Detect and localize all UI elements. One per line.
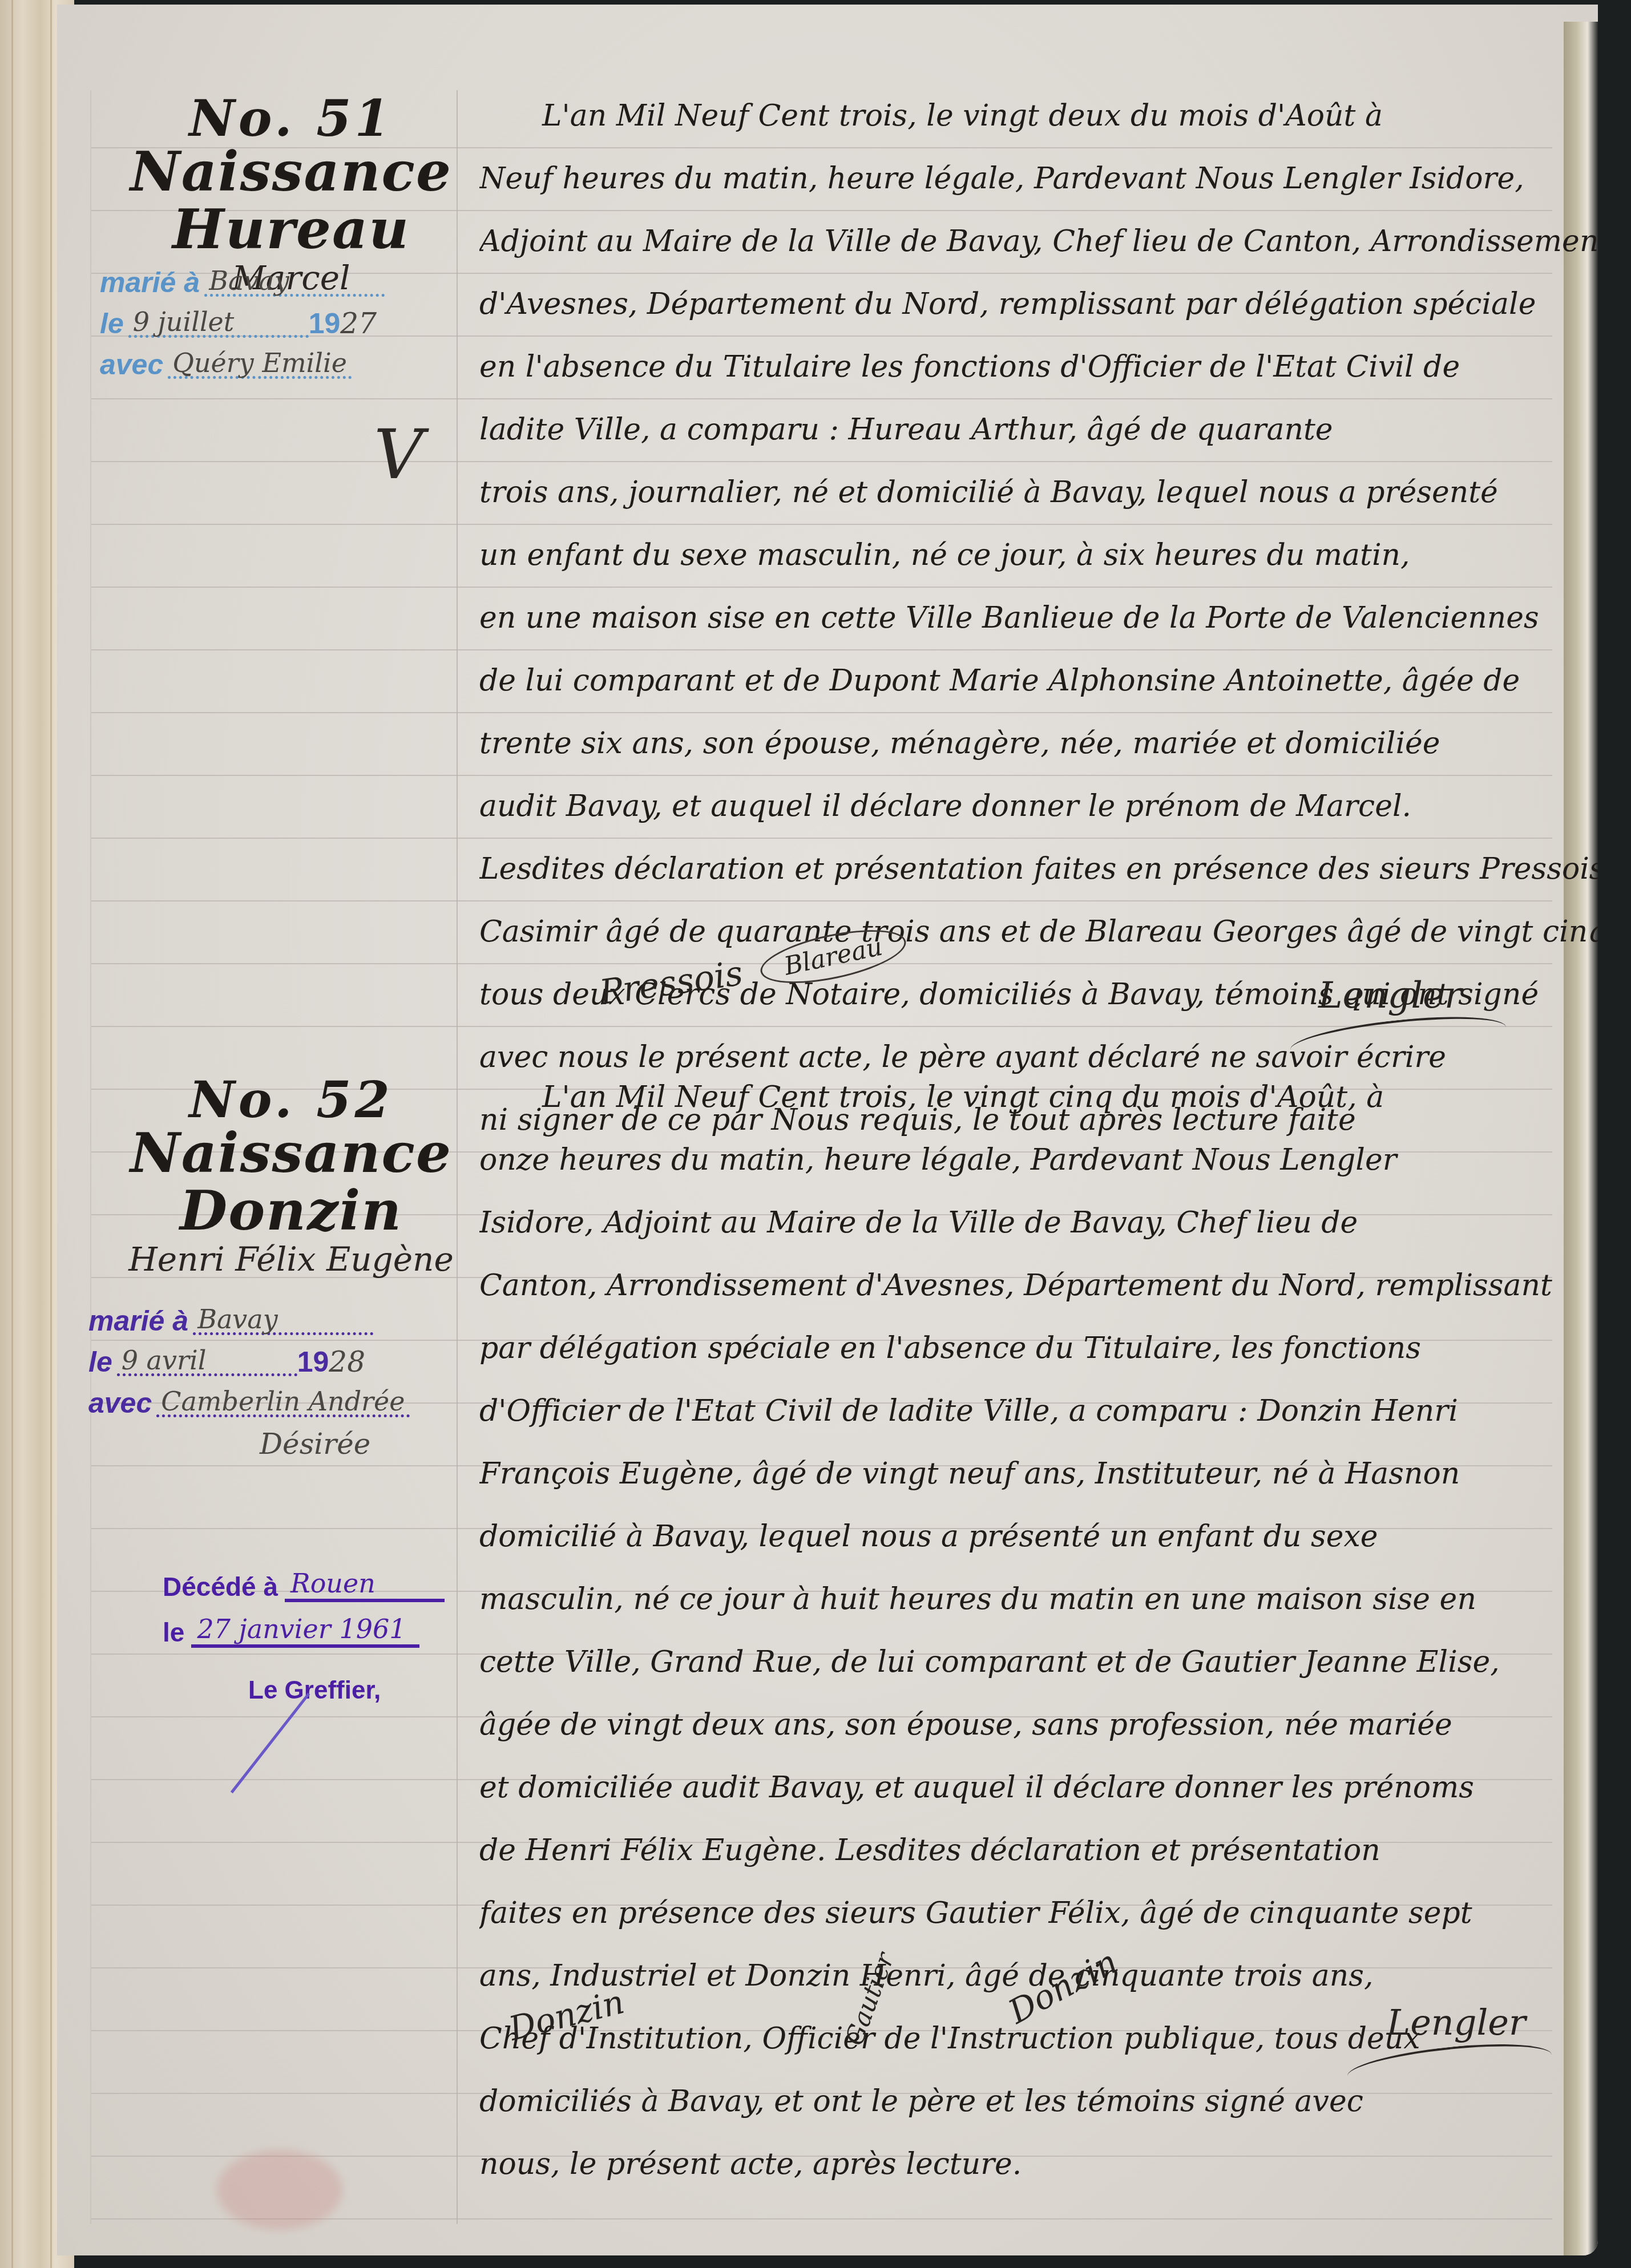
act-text-line: domicilié à Bavay, lequel nous a présent… xyxy=(479,1505,1598,1568)
act-text-line: Neuf heures du matin, heure légale, Pard… xyxy=(479,147,1598,210)
stamp-year-handwritten: 28 xyxy=(329,1348,365,1376)
act-text-line: Casimir âgé de quarante trois ans et de … xyxy=(479,900,1598,963)
entry-number: No. 51 xyxy=(120,93,462,143)
act-text-line: L'an Mil Neuf Cent trois, le vingt cinq … xyxy=(479,1066,1598,1129)
marriage-stamp-entry-52: marié àBavay le9 avril1928 avecCamberlin… xyxy=(88,1294,410,1458)
stamp-value-spouse-continued: Désirée xyxy=(260,1430,370,1458)
stamp-label-date: le xyxy=(88,1348,112,1376)
stamp-year-printed: 19 xyxy=(309,309,341,338)
act-text-line: faites en présence des sieurs Gautier Fé… xyxy=(479,1882,1598,1944)
marriage-stamp-entry-51: marié àBavay le9 juillet1927 avecQuéry E… xyxy=(100,256,385,379)
clerk-signature-stroke xyxy=(231,1693,314,1797)
stamp-label-date: le xyxy=(100,309,124,338)
signature-officer: Lengler xyxy=(1318,975,1462,1017)
act-text-line: âgée de vingt deux ans, son épouse, sans… xyxy=(479,1693,1598,1756)
stamp-label-spouse: avec xyxy=(100,350,163,379)
death-value-place: Rouen xyxy=(285,1568,445,1602)
stamp-year-printed: 19 xyxy=(297,1348,329,1376)
entry-type: Naissance xyxy=(120,1125,462,1182)
register-page: No. 51 Naissance Hureau Marcel marié àBa… xyxy=(57,5,1598,2255)
entry-surname: Hureau xyxy=(120,201,462,258)
act-text-line: un enfant du sexe masculin, né ce jour, … xyxy=(479,524,1598,587)
death-label-place: Décédé à xyxy=(163,1571,278,1602)
entry-number: No. 52 xyxy=(120,1074,462,1125)
act-text-line: d'Officier de l'Etat Civil de ladite Vil… xyxy=(479,1380,1598,1442)
act-text-line: Isidore, Adjoint au Maire de la Ville de… xyxy=(479,1191,1598,1254)
death-clerk-label: Le Greffier, xyxy=(248,1659,445,1705)
act-text-line: ladite Ville, a comparu : Hureau Arthur,… xyxy=(479,398,1598,461)
stamp-value-place: Bavay xyxy=(204,268,385,297)
act-text-line: trente six ans, son épouse, ménagère, né… xyxy=(479,712,1598,775)
act-text-line: en l'absence du Titulaire les fonctions … xyxy=(479,335,1598,398)
death-label-date: le xyxy=(163,1617,184,1648)
act-text-line: onze heures du matin, heure légale, Pard… xyxy=(479,1129,1598,1191)
stamp-value-spouse: Camberlin Andrée xyxy=(156,1388,409,1417)
signature-officer: Lengler xyxy=(1387,2002,1526,2043)
act-text-line: nous, le présent acte, après lecture. xyxy=(479,2133,1598,2196)
act-text-line: Adjoint au Maire de la Ville de Bavay, C… xyxy=(479,210,1598,273)
act-text-line: Lesdites déclaration et présentation fai… xyxy=(479,838,1598,900)
act-text-line: L'an Mil Neuf Cent trois, le vingt deux … xyxy=(479,84,1598,147)
act-text-line: d'Avesnes, Département du Nord, rempliss… xyxy=(479,273,1598,335)
entry-type: Naissance xyxy=(120,143,462,201)
stamp-label-married-at: marié à xyxy=(100,268,200,297)
stamp-value-place: Bavay xyxy=(193,1306,373,1335)
act-text-line: de Henri Félix Eugène. Lesdites déclarat… xyxy=(479,1819,1598,1882)
act-text-line: par délégation spéciale en l'absence du … xyxy=(479,1317,1598,1380)
act-text-line: masculin, né ce jour à huit heures du ma… xyxy=(479,1568,1598,1631)
act-text-line: audit Bavay, et auquel il déclare donner… xyxy=(479,775,1598,838)
act-text-line: en une maison sise en cette Ville Banlie… xyxy=(479,587,1598,649)
death-stamp-entry-52: Décédé àRouen le27 janvier 1961 Le Greff… xyxy=(163,1557,445,1705)
ink-stain xyxy=(217,2150,342,2230)
entry-surname: Donzin xyxy=(120,1182,462,1240)
stamp-year-handwritten: 27 xyxy=(340,309,377,338)
stamp-value-spouse: Quéry Emilie xyxy=(168,350,352,379)
left-margin-rule xyxy=(90,90,91,2224)
act-text-line: Canton, Arrondissement d'Avesnes, Départ… xyxy=(479,1254,1598,1317)
entry-given-names: Henri Félix Eugène xyxy=(120,1240,462,1280)
stamp-label-spouse: avec xyxy=(88,1389,152,1417)
act-text-line: cette Ville, Grand Rue, de lui comparant… xyxy=(479,1631,1598,1693)
act-text-line: et domiciliée audit Bavay, et auquel il … xyxy=(479,1756,1598,1819)
stamp-value-date: 9 avril xyxy=(117,1347,297,1376)
act-text-line: de lui comparant et de Dupont Marie Alph… xyxy=(479,649,1598,712)
death-value-date: 27 janvier 1961 xyxy=(191,1614,419,1648)
stamp-label-married-at: marié à xyxy=(88,1307,188,1335)
entry-52-margin-heading: No. 52 Naissance Donzin Henri Félix Eugè… xyxy=(120,1074,462,1279)
act-text-line: trois ans, journalier, né et domicilié à… xyxy=(479,461,1598,524)
stamp-value-date: 9 juillet xyxy=(128,309,309,338)
act-text-line: François Eugène, âgé de vingt neuf ans, … xyxy=(479,1442,1598,1505)
paraph-mark: V xyxy=(374,415,423,495)
